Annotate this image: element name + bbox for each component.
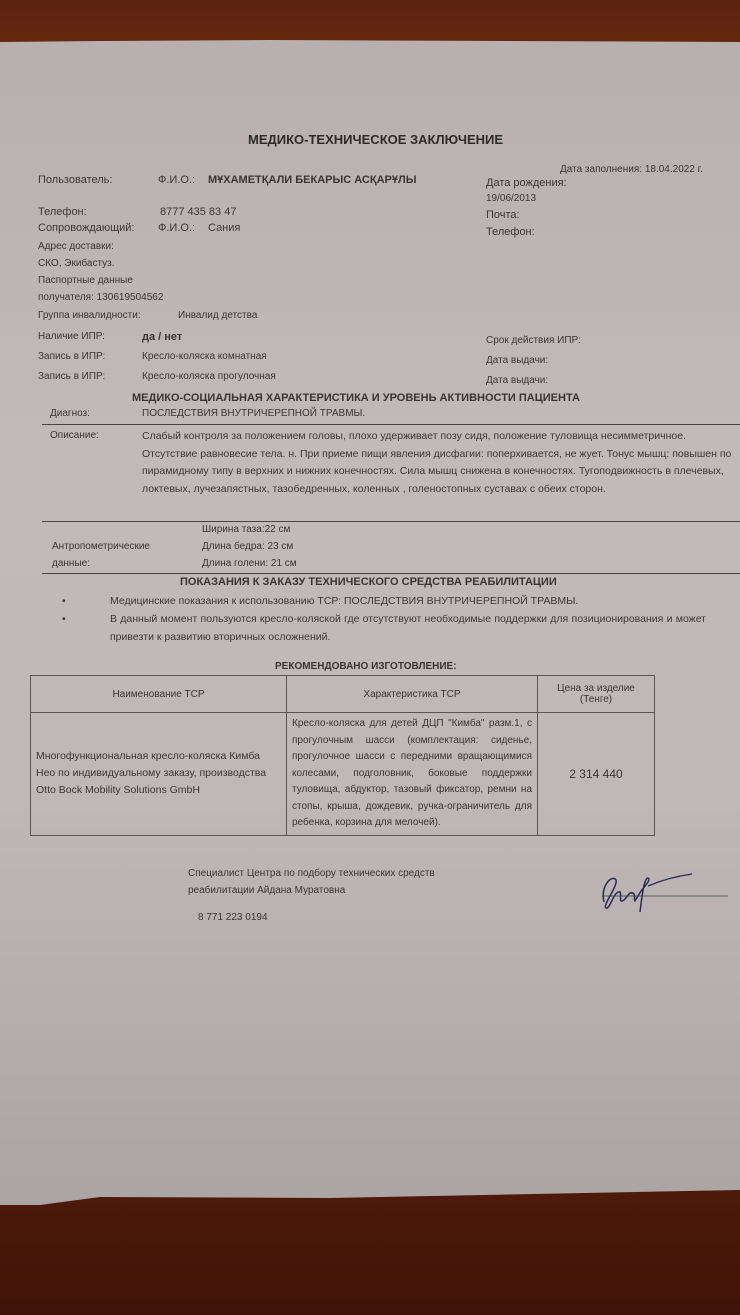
diagnosis-value: ПОСЛЕДСТВИЯ ВНУТРИЧЕРЕПНОЙ ТРАВМЫ. xyxy=(142,408,365,419)
ipr-entry-value: Кресло-коляска прогулочная xyxy=(142,371,276,382)
birth-date-value: 19/06/2013 xyxy=(486,193,536,204)
disability-label: Группа инвалидности: xyxy=(38,310,141,321)
user-fio-label: Ф.И.О.: xyxy=(158,174,195,186)
signature-icon xyxy=(592,866,732,916)
diagnosis-label: Диагноз: xyxy=(50,408,90,419)
indications-list: • Медицинские показания к использованию … xyxy=(46,592,706,646)
specialist-line1: Специалист Центра по подбору технических… xyxy=(188,868,435,879)
indication-item: • В данный момент пользуются кресло-коля… xyxy=(46,610,706,646)
indications-heading: ПОКАЗАНИЯ К ЗАКАЗУ ТЕХНИЧЕСКОГО СРЕДСТВА… xyxy=(180,576,557,588)
companion-value: Сания xyxy=(208,222,240,234)
passport-value: получателя: 130619504562 xyxy=(38,292,163,303)
divider xyxy=(42,573,740,574)
ipr-validity-label: Срок действия ИПР: xyxy=(486,335,581,346)
anthropometric-label-2: данные: xyxy=(52,558,90,569)
product-price: 2 314 440 xyxy=(538,713,655,836)
address-label: Адрес доставки: xyxy=(38,241,114,252)
table-row: Многофункциональная кресло-коляска Кимба… xyxy=(31,713,655,836)
ipr-presence-label: Наличие ИПР: xyxy=(38,331,105,342)
recommendation-heading: РЕКОМЕНДОВАНО ИЗГОТОВЛЕНИЕ: xyxy=(275,661,457,672)
passport-label: Паспортные данные xyxy=(38,275,133,286)
document-title: МЕДИКО-ТЕХНИЧЕСКОЕ ЗАКЛЮЧЕНИЕ xyxy=(248,132,503,147)
birth-date-label: Дата рождения: xyxy=(486,177,567,189)
address-value: СКО, Экибастуз. xyxy=(38,258,115,269)
fill-date: Дата заполнения: 18.04.2022 г. xyxy=(560,164,703,175)
document-sheet: МЕДИКО-ТЕХНИЧЕСКОЕ ЗАКЛЮЧЕНИЕ Дата запол… xyxy=(0,40,740,1205)
description-value: Слабый контроля за положением головы, пл… xyxy=(142,428,740,498)
divider xyxy=(42,424,740,425)
ipr-entry-label: Запись в ИПР: xyxy=(38,351,105,362)
companion-label: Сопровождающий: xyxy=(38,222,135,234)
anthropometric-label: Антропометрические xyxy=(52,541,150,552)
ipr-entry-date-label: Дата выдачи: xyxy=(486,375,548,386)
user-label: Пользователь: xyxy=(38,174,112,186)
ipr-presence-value: да / нет xyxy=(142,331,182,343)
companion-fio-label: Ф.И.О.: xyxy=(158,222,195,234)
disability-value: Инвалид детства xyxy=(178,310,257,321)
user-fio-value: МҰХАМЕТҚАЛИ БЕКАРЫС АСҚАРҰЛЫ xyxy=(208,174,416,186)
measurement-thigh-length: Длина бедра: 23 см xyxy=(202,541,293,552)
phone-value: 8777 435 83 47 xyxy=(160,206,236,218)
column-header-price: Цена за изделие (Тенге) xyxy=(538,676,655,713)
wooden-table-background-bottom xyxy=(0,1180,740,1315)
bullet-icon: • xyxy=(46,592,110,610)
column-header-spec: Характеристика ТСР xyxy=(287,676,538,713)
ipr-entry-date-label: Дата выдачи: xyxy=(486,355,548,366)
recommendation-table: Наименование ТСР Характеристика ТСР Цена… xyxy=(30,675,655,836)
ipr-entry-value: Кресло-коляска комнатная xyxy=(142,351,267,362)
indication-item: • Медицинские показания к использованию … xyxy=(46,592,706,610)
column-header-name: Наименование ТСР xyxy=(31,676,287,713)
ipr-entry-label: Запись в ИПР: xyxy=(38,371,105,382)
specialist-phone: 8 771 223 0194 xyxy=(198,912,268,923)
measurement-shin-length: Длина голени: 21 см xyxy=(202,558,297,569)
characteristics-heading: МЕДИКО-СОЦИАЛЬНАЯ ХАРАКТЕРИСТИКА И УРОВЕ… xyxy=(132,392,580,404)
product-name: Многофункциональная кресло-коляска Кимба… xyxy=(31,713,287,836)
phone-label: Телефон: xyxy=(38,206,87,218)
bullet-icon: • xyxy=(46,610,110,646)
mail-label: Почта: xyxy=(486,209,520,221)
divider xyxy=(42,521,740,522)
description-label: Описание: xyxy=(50,430,99,441)
product-spec: Кресло-коляска для детей ДЦП "Кимба" раз… xyxy=(287,713,538,836)
specialist-line2: реабилитации Айдана Муратовна xyxy=(188,885,345,896)
phone2-label: Телефон: xyxy=(486,226,535,238)
measurement-pelvis-width: Ширина таза:22 см xyxy=(202,524,290,535)
